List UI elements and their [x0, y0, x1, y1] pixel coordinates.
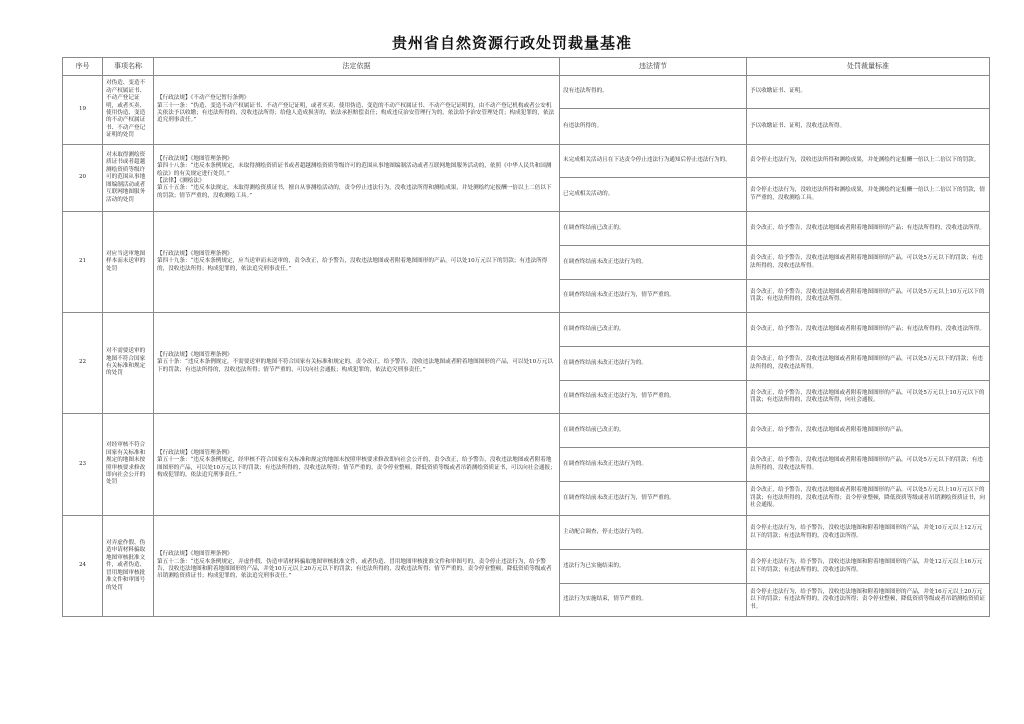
legal-basis-line: 第五十一条：“违反本条例规定，经审核不符合国家有关标准和规定的地图未按照审核要求… — [157, 457, 556, 479]
cell-penalty-standard: 责令停止违法行为，没收违法所得和测绘成果，并处测绘约定报酬一倍以上二倍以下的罚款… — [747, 178, 990, 212]
cell-legal-basis: 【行政法规】《地图管理条例》第四十九条：“违反本条例规定，应当送审而未送审的，责… — [154, 212, 560, 313]
cell-item-name: 对应当送审地图样本而未送审的处罚 — [103, 212, 154, 313]
table-row: 21对应当送审地图样本而未送审的处罚【行政法规】《地图管理条例》第四十九条：“违… — [63, 212, 990, 246]
cell-violation-circumstance: 有违法所得的。 — [560, 109, 747, 145]
cell-violation-circumstance: 在调查终结前未改正违法行为，情节严重的。 — [560, 280, 747, 313]
cell-penalty-standard: 责令停止违法行为，给予警告，没收违法地图和附着地图图形的产品，并处10万元以上1… — [747, 516, 990, 550]
header-penalty-standard: 处罚裁量标准 — [747, 58, 990, 76]
cell-violation-circumstance: 已完成相关活动的。 — [560, 178, 747, 212]
table-body: 19对伪造、变造不动产权属证书、不动产登记证明，或者买卖、使用伪造、变造的不动产… — [63, 76, 990, 617]
cell-item-name: 对伪造、变造不动产权属证书、不动产登记证明，或者买卖、使用伪造、变造的不动产权属… — [103, 76, 154, 145]
penalty-standards-table: 序号 事项名称 法定依据 违法情节 处罚裁量标准 19对伪造、变造不动产权属证书… — [62, 57, 990, 617]
cell-violation-circumstance: 在调查终结前未改正违法行为，情节严重的。 — [560, 482, 747, 516]
legal-basis-line: 第五十五条：“违反本法规定，未取得测绘资质证书，擅自从事测绘活动的，责令停止违法… — [157, 185, 556, 200]
header-legal-basis: 法定依据 — [154, 58, 560, 76]
cell-penalty-standard: 责令改正，给予警告，没收违法地图或者附着地图图形的产品，可以处5万元以上10万元… — [747, 280, 990, 313]
cell-seq: 20 — [63, 145, 103, 212]
cell-penalty-standard: 予以收缴证书、证明。 — [747, 76, 990, 109]
cell-legal-basis: 【行政法规】《不动产登记暂行条例》第三十一条：“伪造、变造不动产权属证书、不动产… — [154, 76, 560, 145]
cell-violation-circumstance: 未完成相关活动且在下达责令停止违法行为通知后停止违法行为的。 — [560, 145, 747, 178]
cell-violation-circumstance: 没有违法所得的。 — [560, 76, 747, 109]
cell-legal-basis: 【行政法规】《地图管理条例》第五十二条：“违反本条例规定，弄虚作假、伪造申请材料… — [154, 516, 560, 617]
cell-penalty-standard: 责令改正，给予警告，没收违法地图或者附着地图图形的产品，可以处5万元以下的罚款；… — [747, 246, 990, 280]
cell-penalty-standard: 责令停止违法行为，没收违法所得和测绘成果，并处测绘约定报酬一倍以上二倍以下的罚款… — [747, 145, 990, 178]
legal-basis-line: 第三十一条：“伪造、变造不动产权属证书、不动产登记证明，或者买卖、使用伪造、变造… — [157, 103, 556, 125]
cell-item-name: 对经审核不符合国家有关标准和规定的地图未按照审核要求修改即向社会公开的处罚 — [103, 414, 154, 516]
cell-penalty-standard: 责令改正，给予警告，没收违法地图或者附着地图图形的产品。 — [747, 414, 990, 448]
table-row: 23对经审核不符合国家有关标准和规定的地图未按照审核要求修改即向社会公开的处罚【… — [63, 414, 990, 448]
cell-seq: 19 — [63, 76, 103, 145]
cell-violation-circumstance: 在调查终结前已改正的。 — [560, 313, 747, 347]
cell-penalty-standard: 责令改正，给予警告，没收违法地图或者附着地图图形的产品，可以处5万元以下的罚款；… — [747, 347, 990, 381]
cell-penalty-standard: 责令停止违法行为，给予警告，没收违法地图和附着地图图形的产品，并处12万元以上1… — [747, 550, 990, 584]
cell-violation-circumstance: 在调查终结前未改正违法行为的。 — [560, 448, 747, 482]
cell-penalty-standard: 责令停止违法行为，给予警告，没收违法地图和附着地图图形的产品，并处16万元以上2… — [747, 584, 990, 617]
cell-violation-circumstance: 在调查终结前未改正违法行为的。 — [560, 246, 747, 280]
legal-basis-line: 第四十八条：“违反本条例规定，未取得测绘资质证书或者超越测绘资质等级许可的范围从… — [157, 163, 556, 178]
table-row: 24对弄虚作假、伪造申请材料骗取地图审核批准文件，或者伪造、冒用地图审核批准文件… — [63, 516, 990, 550]
cell-item-name: 对弄虚作假、伪造申请材料骗取地图审核批准文件，或者伪造、冒用地图审核批准文件和审… — [103, 516, 154, 617]
document-title: 贵州省自然资源行政处罚裁量基准 — [0, 32, 1024, 53]
header-item-name: 事项名称 — [103, 58, 154, 76]
cell-violation-circumstance: 在调查终结前未改正违法行为的。 — [560, 347, 747, 381]
cell-violation-circumstance: 违法行为已实施结束的。 — [560, 550, 747, 584]
legal-basis-line: 【行政法规】《地图管理条例》 — [157, 551, 556, 558]
legal-basis-line: 第五十条：“违反本条例规定，不需要送审的地图不符合国家有关标准和规定的，责令改正… — [157, 359, 556, 374]
header-seq: 序号 — [63, 58, 103, 76]
table-row: 19对伪造、变造不动产权属证书、不动产登记证明，或者买卖、使用伪造、变造的不动产… — [63, 76, 990, 109]
cell-legal-basis: 【行政法规】《地图管理条例》第四十八条：“违反本条例规定，未取得测绘资质证书或者… — [154, 145, 560, 212]
legal-basis-line: 第五十二条：“违反本条例规定，弄虚作假、伪造申请材料骗取地图审核批准文件，或者伪… — [157, 559, 556, 581]
table-row: 22对不需要送审的地图不符合国家有关标准和规定的处罚【行政法规】《地图管理条例》… — [63, 313, 990, 347]
cell-violation-circumstance: 在调查终结前未改正违法行为，情节严重的。 — [560, 381, 747, 414]
legal-basis-line: 第四十九条：“违反本条例规定，应当送审而未送审的，责令改正，给予警告，没收违法地… — [157, 258, 556, 273]
cell-penalty-standard: 责令改正，给予警告，没收违法地图或者附着地图图形的产品；有违法所得的，没收违法所… — [747, 212, 990, 246]
cell-violation-circumstance: 在调查终结前已改正的。 — [560, 414, 747, 448]
cell-legal-basis: 【行政法规】《地图管理条例》第五十条：“违反本条例规定，不需要送审的地图不符合国… — [154, 313, 560, 414]
cell-legal-basis: 【行政法规】《地图管理条例》第五十一条：“违反本条例规定，经审核不符合国家有关标… — [154, 414, 560, 516]
cell-violation-circumstance: 主动配合调查，停止违法行为的。 — [560, 516, 747, 550]
table-row: 20对未取得测绘资质证书或者超越测绘资质等级许可的范围从事地图编制活动或者互联网… — [63, 145, 990, 178]
legal-basis-line: 【行政法规】《不动产登记暂行条例》 — [157, 95, 556, 102]
header-violation-circumstance: 违法情节 — [560, 58, 747, 76]
cell-penalty-standard: 责令改正，给予警告，没收违法地图或者附着地图图形的产品，可以处5万元以上10万元… — [747, 381, 990, 414]
cell-penalty-standard: 予以收缴证书、证明，没收违法所得。 — [747, 109, 990, 145]
cell-violation-circumstance: 违法行为实施结束，情节严重的。 — [560, 584, 747, 617]
table-header-row: 序号 事项名称 法定依据 违法情节 处罚裁量标准 — [63, 58, 990, 76]
cell-seq: 24 — [63, 516, 103, 617]
cell-item-name: 对未取得测绘资质证书或者超越测绘资质等级许可的范围从事地图编制活动或者互联网地图… — [103, 145, 154, 212]
legal-basis-line: 【行政法规】《地图管理条例》 — [157, 450, 556, 457]
cell-seq: 22 — [63, 313, 103, 414]
cell-penalty-standard: 责令改正，给予警告，没收违法地图或者附着地图图形的产品；有违法所得的，没收违法所… — [747, 313, 990, 347]
cell-violation-circumstance: 在调查终结前已改正的。 — [560, 212, 747, 246]
cell-item-name: 对不需要送审的地图不符合国家有关标准和规定的处罚 — [103, 313, 154, 414]
cell-penalty-standard: 责令改正，给予警告，没收违法地图或者附着地图图形的产品，可以处5万元以上10万元… — [747, 482, 990, 516]
cell-seq: 23 — [63, 414, 103, 516]
cell-seq: 21 — [63, 212, 103, 313]
cell-penalty-standard: 责令改正，给予警告，没收违法地图或者附着地图图形的产品，可以处5万元以下的罚款；… — [747, 448, 990, 482]
